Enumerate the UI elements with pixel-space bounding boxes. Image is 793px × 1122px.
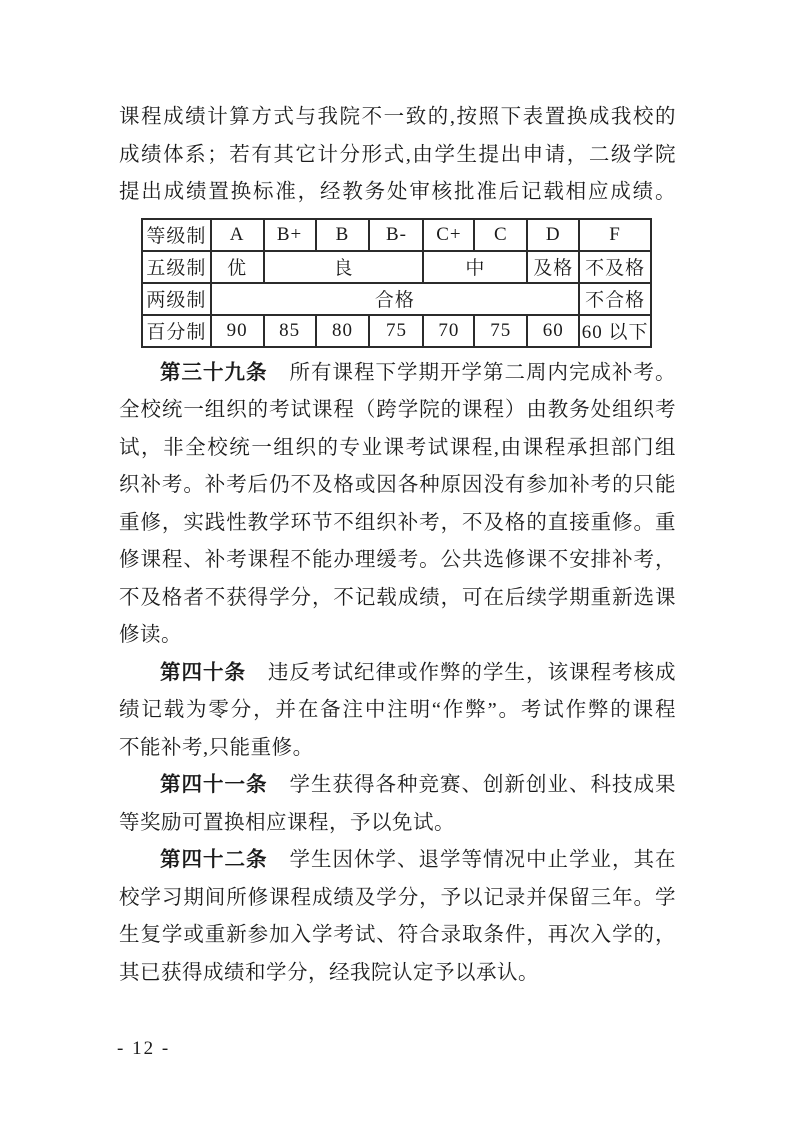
table-cell: 75 <box>369 315 423 347</box>
table-cell: 中 <box>423 251 527 283</box>
article-40-number: 第四十条 <box>160 662 246 684</box>
table-row-five-level: 五级制 优 良 中 及格 不及格 <box>142 251 651 283</box>
table-row-two-level: 两级制 合格 不合格 <box>142 283 651 315</box>
table-cell: 75 <box>474 315 527 347</box>
table-cell: C+ <box>423 219 474 251</box>
article-40-line: 第四十条违反考试纪律或作弊的学生，该课程考核成 <box>119 655 676 693</box>
table-cell: 不及格 <box>579 251 651 283</box>
article-39-line: 重修，实践性教学环节不组织补考，不及格的直接重修。重 <box>119 505 676 543</box>
grade-conversion-table: 等级制 A B+ B B- C+ C D F 五级制 优 良 中 及格 不及格 … <box>141 218 652 348</box>
article-39-line: 第三十九条所有课程下学期开学第二周内完成补考。 <box>119 355 676 393</box>
document-page: 课程成绩计算方式与我院不一致的,按照下表置换成我校的 成绩体系；若有其它计分形式… <box>0 0 793 1122</box>
paragraph-line: 成绩体系；若有其它计分形式,由学生提出申请，二级学院 <box>119 137 676 175</box>
table-cell: 80 <box>316 315 370 347</box>
article-41-number: 第四十一条 <box>160 774 268 796</box>
article-text: 学生因休学、退学等情况中止学业，其在 <box>290 849 677 871</box>
table-row-percent: 百分制 90 85 80 75 70 75 60 60 以下 <box>142 315 651 347</box>
article-42-number: 第四十二条 <box>160 849 268 871</box>
table-cell: 90 <box>211 315 264 347</box>
table-cell: D <box>527 219 579 251</box>
table-cell: B+ <box>264 219 316 251</box>
page-number: - 12 - <box>117 1038 170 1060</box>
article-42-line: 生复学或重新参加入学考试、符合录取条件，再次入学的， <box>119 917 676 955</box>
row-header: 两级制 <box>142 283 211 315</box>
article-39-line: 修读。 <box>119 617 676 655</box>
table-row-grade: 等级制 A B+ B B- C+ C D F <box>142 219 651 251</box>
article-text: 违反考试纪律或作弊的学生，该课程考核成 <box>268 662 676 684</box>
table-cell: B <box>316 219 370 251</box>
table-cell: 及格 <box>527 251 579 283</box>
document-body: 课程成绩计算方式与我院不一致的,按照下表置换成我校的 成绩体系；若有其它计分形式… <box>119 99 676 992</box>
article-39-number: 第三十九条 <box>160 362 268 384</box>
paragraph-line: 课程成绩计算方式与我院不一致的,按照下表置换成我校的 <box>119 99 676 137</box>
article-40-line: 不能补考,只能重修。 <box>119 730 676 768</box>
article-40-line: 绩记载为零分，并在备注中注明“作弊”。考试作弊的课程 <box>119 692 676 730</box>
article-42-line: 其已获得成绩和学分，经我院认定予以承认。 <box>119 955 676 993</box>
article-39-line: 修课程、补考课程不能办理缓考。公共选修课不安排补考， <box>119 542 676 580</box>
table-cell: 良 <box>264 251 424 283</box>
article-39-line: 试，非全校统一组织的专业课考试课程,由课程承担部门组 <box>119 430 676 468</box>
table-cell: 70 <box>423 315 474 347</box>
article-42-line: 校学习期间所修课程成绩及学分，予以记录并保留三年。学 <box>119 880 676 918</box>
table-cell: C <box>474 219 527 251</box>
article-39-line: 全校统一组织的考试课程（跨学院的课程）由教务处组织考 <box>119 392 676 430</box>
article-text: 所有课程下学期开学第二周内完成补考。 <box>290 362 677 384</box>
table-cell: 85 <box>264 315 316 347</box>
table-cell: 优 <box>211 251 264 283</box>
article-41-line: 第四十一条学生获得各种竞赛、创新创业、科技成果 <box>119 767 676 805</box>
article-39-line: 不及格者不获得学分，不记载成绩，可在后续学期重新选课 <box>119 580 676 618</box>
article-text: 学生获得各种竞赛、创新创业、科技成果 <box>290 774 677 796</box>
table-cell: F <box>579 219 651 251</box>
table-cell: A <box>211 219 264 251</box>
table-cell: 60 <box>527 315 579 347</box>
article-41-line: 等奖励可置换相应课程，予以免试。 <box>119 805 676 843</box>
table-cell: B- <box>369 219 423 251</box>
row-header: 等级制 <box>142 219 211 251</box>
article-42-line: 第四十二条学生因休学、退学等情况中止学业，其在 <box>119 842 676 880</box>
row-header: 百分制 <box>142 315 211 347</box>
table-cell: 合格 <box>211 283 579 315</box>
paragraph-line: 提出成绩置换标准，经教务处审核批准后记载相应成绩。 <box>119 174 676 212</box>
article-39-line: 织补考。补考后仍不及格或因各种原因没有参加补考的只能 <box>119 467 676 505</box>
table-cell: 60 以下 <box>579 315 651 347</box>
row-header: 五级制 <box>142 251 211 283</box>
table-cell: 不合格 <box>579 283 651 315</box>
